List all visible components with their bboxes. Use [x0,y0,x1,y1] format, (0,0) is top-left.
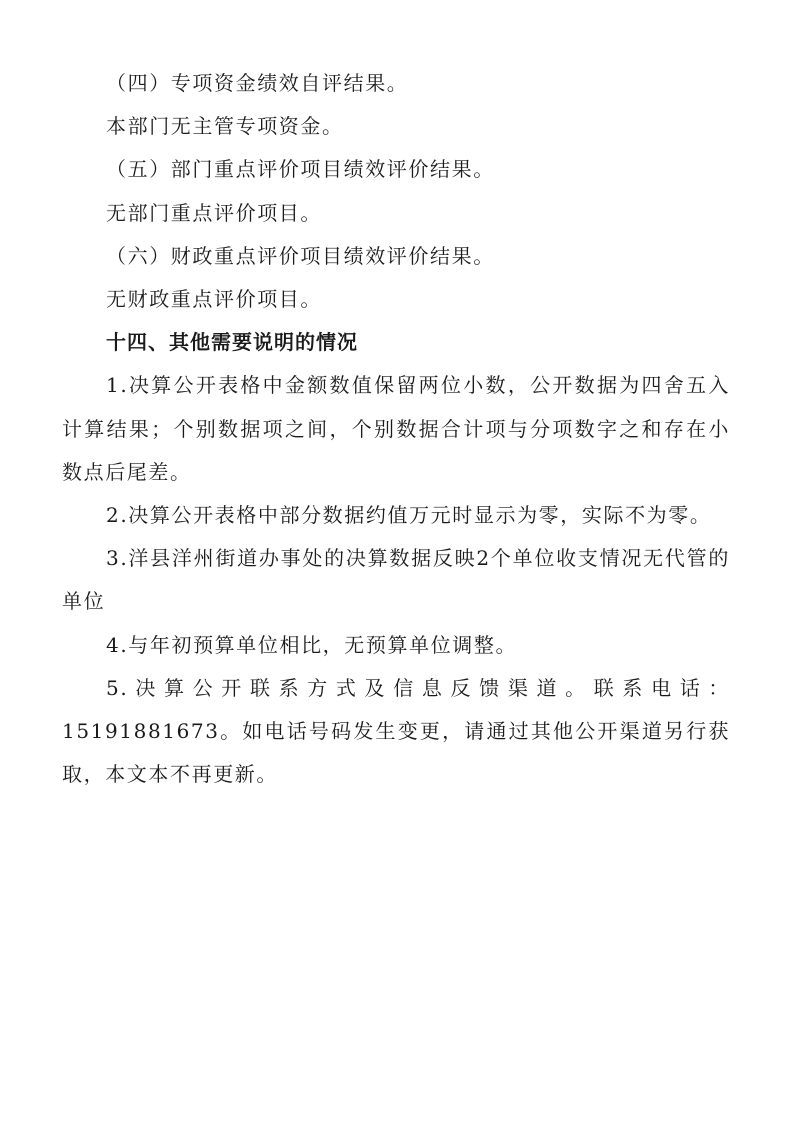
note-item-4: 4.与年初预算单位相比，无预算单位调整。 [62,624,730,667]
document-page: （四）专项资金绩效自评结果。 本部门无主管专项资金。 （五）部门重点评价项目绩效… [62,62,730,796]
dept-key-projects-body: 无部门重点评价项目。 [62,192,730,235]
note-item-3: 3.洋县洋州街道办事处的决算数据反映2个单位收支情况无代管的单位 [62,537,730,623]
note-item-2: 2.决算公开表格中部分数据约值万元时显示为零，实际不为零。 [62,494,730,537]
note-item-1: 1.决算公开表格中金额数值保留两位小数，公开数据为四舍五入计算结果；个别数据项之… [62,364,730,494]
subheading-finance-key-projects: （六）财政重点评价项目绩效评价结果。 [62,235,730,278]
special-funds-body: 本部门无主管专项资金。 [62,105,730,148]
note-item-5: 5.决算公开联系方式及信息反馈渠道。联系电话：15191881673。如电话号码… [62,667,730,797]
finance-key-projects-body: 无财政重点评价项目。 [62,278,730,321]
subheading-dept-key-projects: （五）部门重点评价项目绩效评价结果。 [62,148,730,191]
subheading-special-funds: （四）专项资金绩效自评结果。 [62,62,730,105]
section-heading-other-notes: 十四、其他需要说明的情况 [62,321,730,364]
